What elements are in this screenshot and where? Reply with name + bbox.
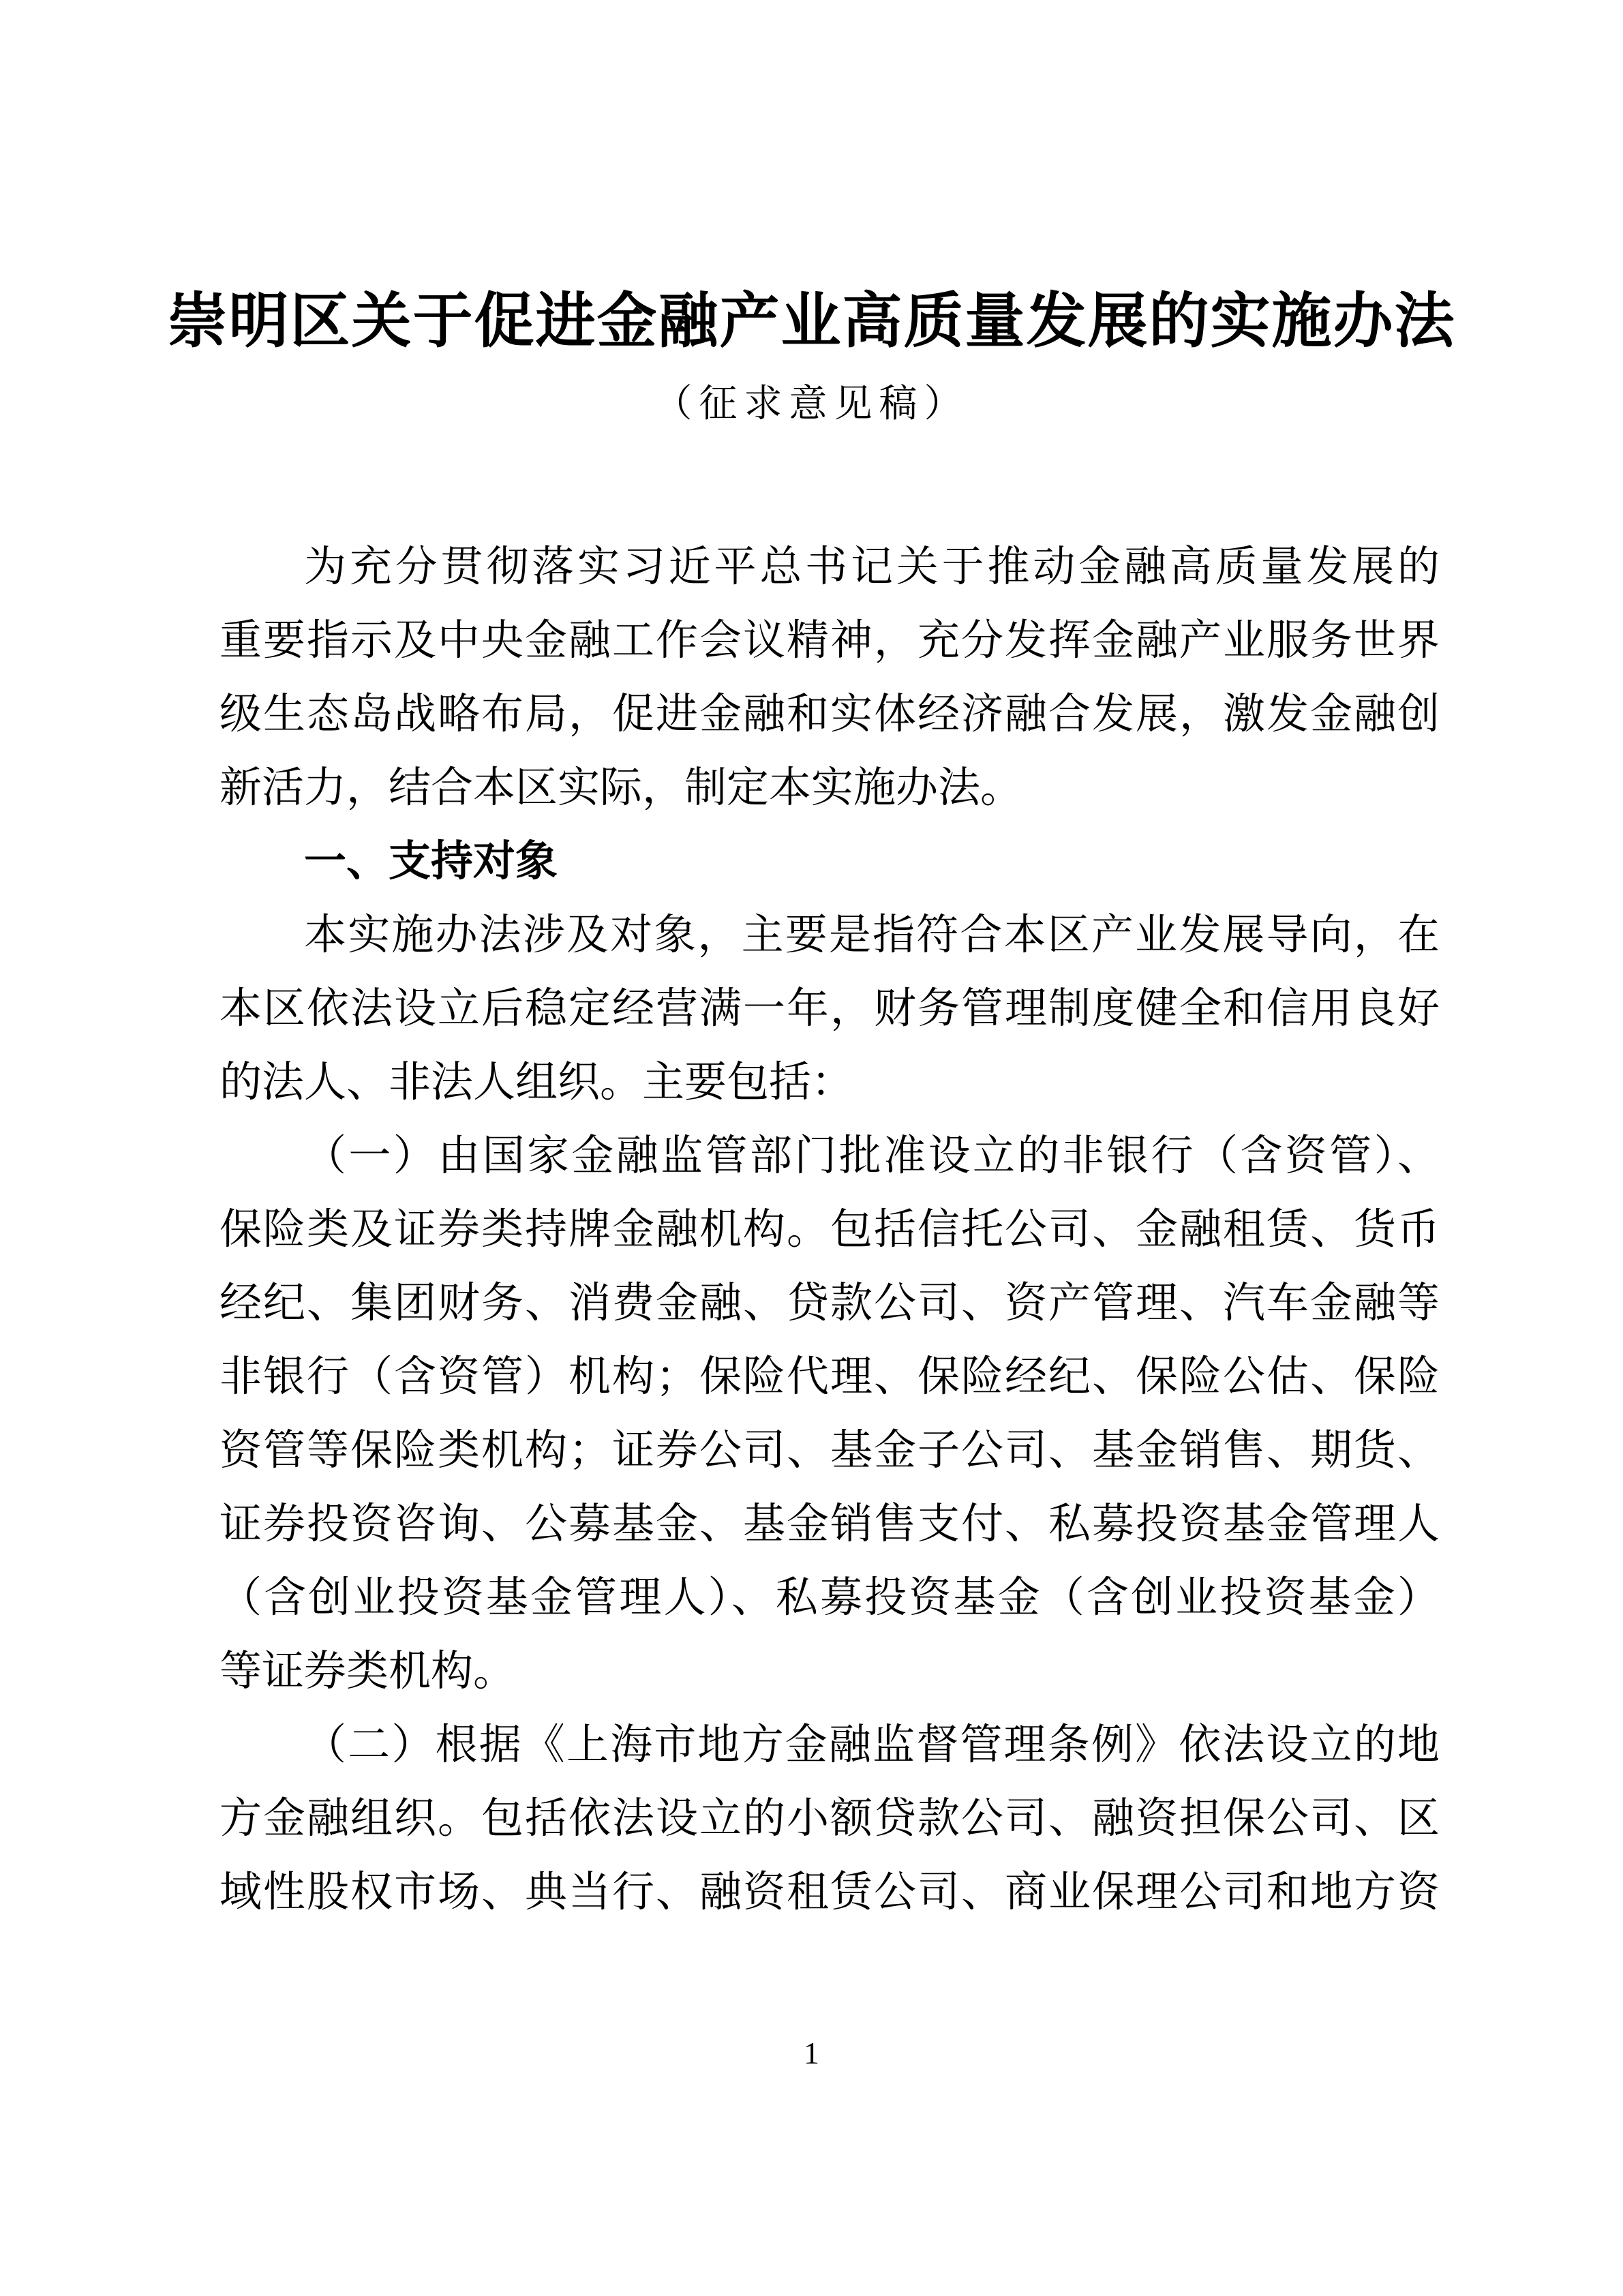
text-line: 非银行（含资管）机构；保险代理、保险经纪、保险公估、保险 xyxy=(219,1340,1440,1414)
paragraph: 为充分贯彻落实习近平总书记关于推动金融高质量发展的重要指示及中央金融工作会议精神… xyxy=(219,530,1440,825)
text-line: 等证券类机构。 xyxy=(219,1635,1440,1708)
text-line: 本实施办法涉及对象，主要是指符合本区产业发展导向，在 xyxy=(219,898,1440,972)
document-page: 崇明区关于促进金融产业高质量发展的实施办法 （征求意见稿） 为充分贯彻落实习近平… xyxy=(0,0,1623,2296)
text-line: （二）根据《上海市地方金融监督管理条例》依法设立的地 xyxy=(219,1708,1440,1782)
section-heading: 一、支持对象 xyxy=(219,825,1440,898)
text-line: 方金融组织。包括依法设立的小额贷款公司、融资担保公司、区 xyxy=(219,1782,1440,1856)
text-line: 保险类及证券类持牌金融机构。包括信托公司、金融租赁、货币 xyxy=(219,1193,1440,1267)
text-line: 重要指示及中央金融工作会议精神，充分发挥金融产业服务世界 xyxy=(219,604,1440,678)
text-line: 的法人、非法人组织。主要包括： xyxy=(219,1046,1440,1119)
text-line: 级生态岛战略布局，促进金融和实体经济融合发展，激发金融创 xyxy=(219,678,1440,751)
text-line: 资管等保险类机构；证券公司、基金子公司、基金销售、期货、 xyxy=(219,1414,1440,1487)
paragraph: （二）根据《上海市地方金融监督管理条例》依法设立的地方金融组织。包括依法设立的小… xyxy=(219,1708,1440,1929)
text-line: 证券投资咨询、公募基金、基金销售支付、私募投资基金管理人 xyxy=(219,1487,1440,1561)
paragraph: （一）由国家金融监管部门批准设立的非银行（含资管）、保险类及证券类持牌金融机构。… xyxy=(219,1119,1440,1708)
text-line: 经纪、集团财务、消费金融、贷款公司、资产管理、汽车金融等 xyxy=(219,1267,1440,1340)
document-subtitle: （征求意见稿） xyxy=(0,377,1623,432)
text-line: 域性股权市场、典当行、融资租赁公司、商业保理公司和地方资 xyxy=(219,1856,1440,1929)
document-title: 崇明区关于促进金融产业高质量发展的实施办法 xyxy=(0,0,1623,360)
text-line: 新活力，结合本区实际，制定本实施办法。 xyxy=(219,751,1440,825)
page-number: 1 xyxy=(0,2035,1623,2072)
document-body: 为充分贯彻落实习近平总书记关于推动金融高质量发展的重要指示及中央金融工作会议精神… xyxy=(219,530,1440,1929)
text-line: 一、支持对象 xyxy=(219,825,1440,898)
paragraph: 本实施办法涉及对象，主要是指符合本区产业发展导向，在本区依法设立后稳定经营满一年… xyxy=(219,898,1440,1119)
text-line: （含创业投资基金管理人）、私募投资基金（含创业投资基金） xyxy=(219,1561,1440,1635)
text-line: 本区依法设立后稳定经营满一年，财务管理制度健全和信用良好 xyxy=(219,972,1440,1046)
text-line: 为充分贯彻落实习近平总书记关于推动金融高质量发展的 xyxy=(219,530,1440,604)
text-line: （一）由国家金融监管部门批准设立的非银行（含资管）、 xyxy=(219,1119,1440,1193)
